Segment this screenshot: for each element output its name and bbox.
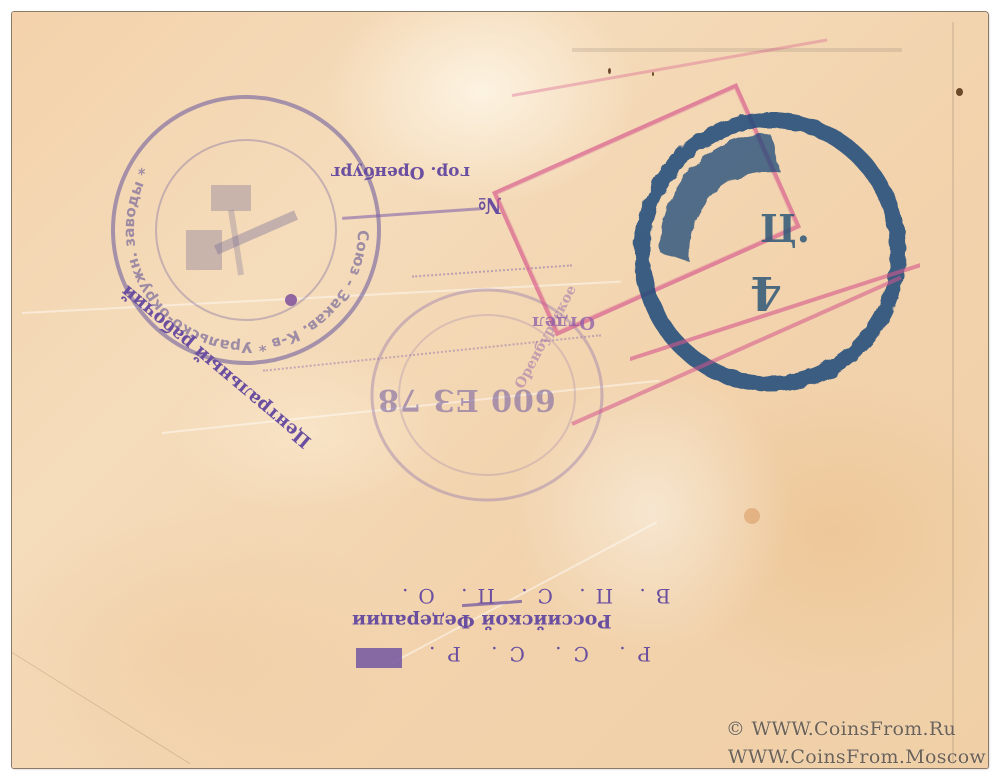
blue-stamp-letter: Ц. (760, 206, 810, 251)
ink-smudge (356, 648, 402, 668)
lower-line1-text: В. П. С. П. О. (392, 584, 671, 608)
ink-speck (956, 88, 963, 96)
amount-stamp: 600 ЕЗ 78 (377, 382, 556, 417)
lower-line2-text: Российской Федерации (352, 610, 612, 632)
ink-speck (652, 72, 654, 76)
watermark-line2: WWW.CoinsFrom.Moscow (728, 746, 986, 768)
round-stamp-left: Союз - Закав. К-в * Уральско-окружн. зав… (106, 90, 386, 370)
paper-edge-fold (952, 22, 954, 762)
lower-line3-text: Р. С. С. Р. (417, 642, 651, 666)
city-line-text: гор. Оренбург (330, 162, 470, 182)
faint-printed-line (572, 48, 902, 52)
ink-speck (608, 68, 611, 74)
paper-crease (12, 652, 191, 764)
round-stamp-blue: Ц. 4 (630, 112, 920, 402)
lower-stamp-line1: В. П. С. П. О. (392, 584, 671, 608)
stain (744, 508, 760, 524)
lower-stamp-line3: Р. С. С. Р. (417, 642, 651, 666)
amount-text: 600 ЕЗ 78 (377, 382, 556, 417)
lower-stamp-line2: Российской Федерации (352, 610, 612, 632)
watermark-line1: © WWW.CoinsFrom.Ru (726, 718, 956, 740)
city-line-stamp: гор. Оренбург (330, 162, 470, 182)
banknote-reverse: Союз - Закав. К-в * Уральско-окружн. зав… (12, 12, 988, 768)
